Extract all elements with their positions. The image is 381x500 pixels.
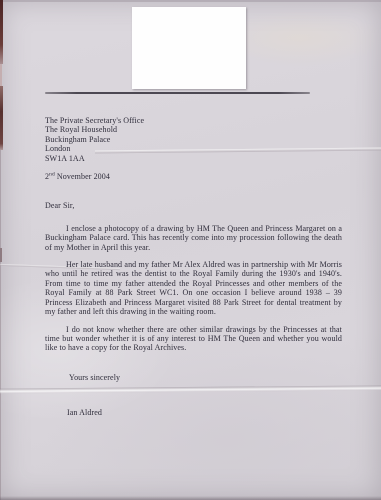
letter-date: 2nd November 2004: [45, 172, 342, 181]
letter-body: The Private Secretary's Office The Royal…: [45, 116, 342, 418]
address-line: Buckingham Palace: [45, 135, 342, 144]
date-rest: November 2004: [55, 172, 110, 181]
address-line: SW1A 1AA: [45, 154, 342, 163]
closing-line: Yours sincerely: [45, 373, 342, 382]
letter-paragraph-2: Her late husband and my father Mr Alex A…: [45, 260, 342, 316]
redacted-sender-block: [132, 7, 246, 89]
letter-paragraph-1: I enclose a photocopy of a drawing by HM…: [45, 224, 342, 252]
scanned-letter-page: The Private Secretary's Office The Royal…: [0, 0, 381, 500]
scan-edge-left-faint: [0, 150, 1, 500]
recipient-address-block: The Private Secretary's Office The Royal…: [45, 116, 342, 163]
scan-edge-left-top: [0, 0, 3, 64]
address-line: The Royal Household: [45, 125, 342, 134]
address-line: London: [45, 144, 342, 153]
scan-edge-bottom: [0, 496, 381, 500]
letterhead-rule: [45, 92, 310, 94]
scan-edge-left-dark: [0, 86, 3, 150]
address-line: The Private Secretary's Office: [45, 116, 342, 125]
salutation: Dear Sir,: [45, 201, 342, 210]
letter-paragraph-3: I do not know whether there are other si…: [45, 325, 342, 353]
signature-name: Ian Aldred: [45, 408, 342, 417]
scan-edge-top: [0, 0, 381, 2]
scan-edge-left-mid: [0, 64, 2, 86]
